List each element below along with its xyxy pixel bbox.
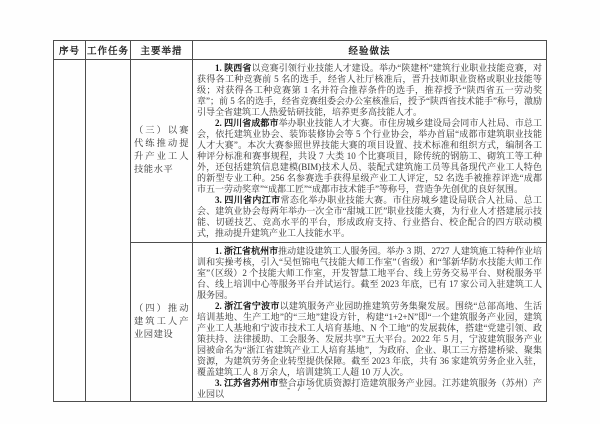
experience-item-body: 举办职业技能人才大赛。市住房城乡建设局会同市人社局、市总工会，依托建筑业协会、装… — [197, 118, 542, 194]
table-header-row: 序号 工作任务 主要举措 经验做法 — [54, 41, 547, 60]
header-experience: 经验做法 — [193, 41, 547, 60]
cell-seq — [54, 60, 86, 402]
cell-measure-skill-competition: （三）以赛代练推动提升产业工人技能水平 — [131, 60, 193, 243]
experience-item: 1. 陕西省以竞赛引领行业技能人才建设。举办“陕建杯”建筑行业职业技能竞赛，对获… — [197, 63, 542, 118]
header-measure: 主要举措 — [131, 41, 193, 60]
page-number: - 7 - — [0, 384, 600, 394]
experience-item: 3. 四川省内江市常态化举办职业技能大赛。市住房城乡建设局联合人社局、总工会、建… — [197, 195, 542, 239]
table-row: （三）以赛代练推动提升产业工人技能水平 1. 陕西省以竞赛引领行业技能人才建设。… — [54, 60, 547, 243]
header-task: 工作任务 — [86, 41, 131, 60]
cell-experience-industrial-park: 1. 浙江省杭州市推动建设建筑工人服务园。举办 3 期、2727 人建筑施工特种… — [193, 243, 547, 402]
experience-item: 1. 浙江省杭州市推动建设建筑工人服务园。举办 3 期、2727 人建筑施工特种… — [197, 246, 542, 301]
cell-task — [86, 60, 131, 402]
experience-item: 2. 浙江省宁波市以建筑服务产业园助推建筑劳务集聚发展。围绕“总部高地、生活培训… — [197, 301, 542, 378]
experience-item-lead: 3. 四川省内江市 — [215, 195, 280, 205]
experience-item-lead: 2. 四川省成都市 — [215, 118, 279, 128]
experience-item-body: 以建筑服务产业园助推建筑劳务集聚发展。围绕“总部高地、生活培训基地、生产工地”的… — [197, 301, 542, 377]
cell-experience-skill-competition: 1. 陕西省以竞赛引领行业技能人才建设。举办“陕建杯”建筑行业职业技能竞赛，对获… — [193, 60, 547, 243]
experience-item: 2. 四川省成都市举办职业技能人才大赛。市住房城乡建设局会同市人社局、市总工会，… — [197, 118, 542, 195]
cell-measure-industrial-park: （四）推动建筑工人产业园建设 — [131, 243, 193, 402]
document-page: 序号 工作任务 主要举措 经验做法 （三）以赛代练推动提升产业工人技能水平 1.… — [0, 0, 600, 424]
experience-item-lead: 1. 浙江省杭州市 — [215, 246, 278, 256]
experience-item-lead: 2. 浙江省宁波市 — [215, 301, 280, 311]
header-seq: 序号 — [54, 41, 86, 60]
experience-item-lead: 1. 陕西省 — [215, 63, 251, 73]
experience-practices-table: 序号 工作任务 主要举措 经验做法 （三）以赛代练推动提升产业工人技能水平 1.… — [53, 40, 547, 402]
